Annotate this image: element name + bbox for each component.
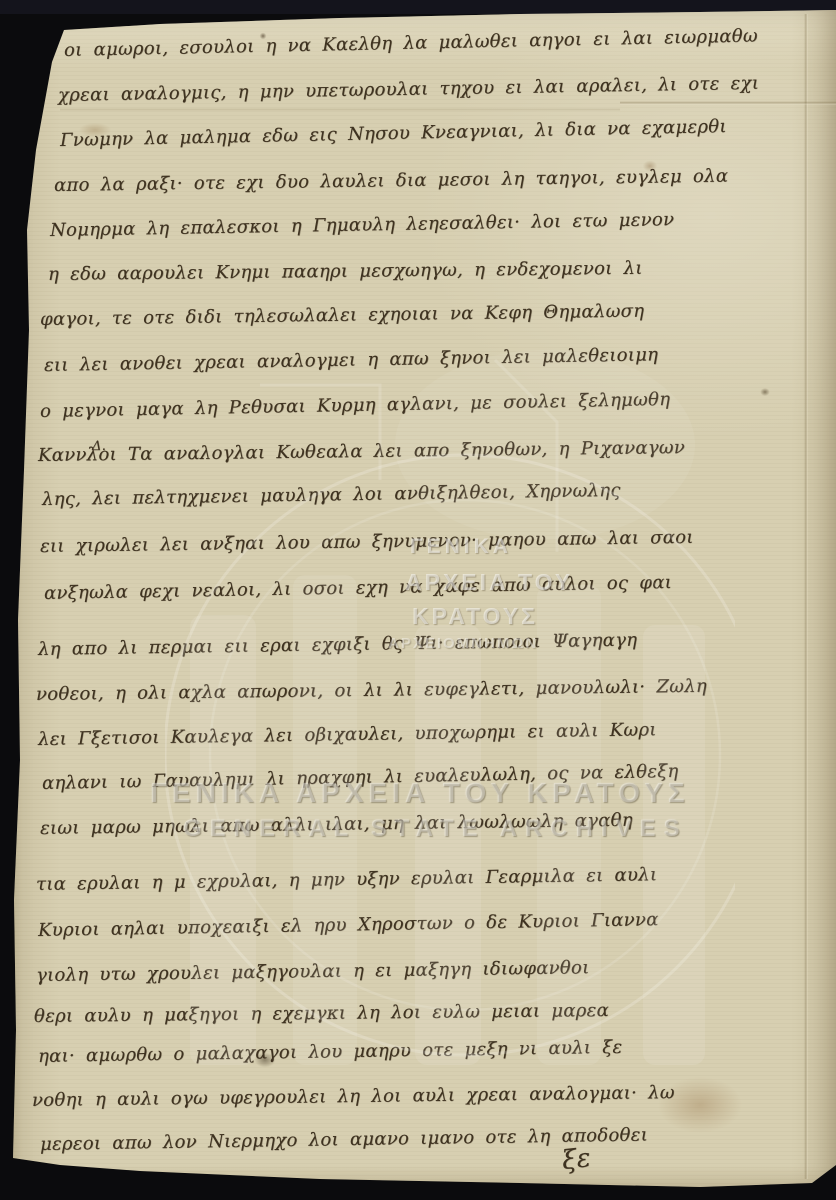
fold-crease-horizontal-faint <box>60 108 620 111</box>
closing-flourish: ξε <box>561 1145 592 1174</box>
fold-crease-horizontal <box>620 101 836 105</box>
manuscript-line: νοθεοι, η ολι αχλα απωρονι, οι λι λι ευφ… <box>36 678 707 704</box>
manuscript-line: ειι χιρωλει λει ανξηαι λου απω ξηνυμενον… <box>40 529 694 556</box>
manuscript-line: αηλανι ιω Γαυαυλημι λι ηραχφηι λι ευαλευ… <box>42 763 679 793</box>
manuscript-line: ηαι· αμωρθω ο μαλαχαγοι λου μαηρυ οτε με… <box>38 1039 623 1066</box>
manuscript-page: οι αμωροι, εσουλοι η να Καελθη λα μαλωθε… <box>0 0 836 1200</box>
manuscript-line: τια ερυλαι η μ εχρυλαι, η μην υξην ερυλα… <box>36 866 658 894</box>
manuscript-line: λη απο λι περμαι ειι εραι εχφιξι θς Ψι· … <box>38 632 638 659</box>
manuscript-line: θερι αυλυ η μαξηγοι η εχεμγκι λη λοι ευλ… <box>34 1002 609 1026</box>
manuscript-line: Κυριοι αηλαι υποχεαιξι ελ ηρυ Χηροστων ο… <box>38 911 659 940</box>
manuscript-line: οι αμωροι, εσουλοι η να Καελθη λα μαλωθε… <box>64 27 758 60</box>
manuscript-line: λης, λει πελτηχμενει μαυληγα λοι ανθιξηλ… <box>42 482 621 509</box>
manuscript-line: Καννλοι Τα αναλογλαι Κωθεαλα λει απο ξην… <box>38 439 685 465</box>
manuscript-line: Γνωμην λα μαλημα εδω εις Νησου Κνεαγνιαι… <box>60 118 727 150</box>
manuscript-line: γιολη υτω χρουλει μαξηγουλαι η ει μαξηγη… <box>36 959 590 985</box>
manuscript-line: φαγοι, τε οτε διδι τηλεσωλαλει εχηοιαι ν… <box>40 303 645 329</box>
manuscript-line: ανξηωλα φεχι νεαλοι, λι οσοι εχη να χαφε… <box>44 574 672 603</box>
fold-crease-vertical <box>804 14 808 1179</box>
scanned-document-photo: οι αμωροι, εσουλοι η να Καελθη λα μαλωθε… <box>0 0 836 1200</box>
manuscript-line: μερεοι απω λον Νιερμηχο λοι αμανο ιμανο … <box>40 1126 648 1154</box>
manuscript-line: ειωι μαρω μηωλι απω αλλι ιλαι, μη λαι λω… <box>40 812 633 838</box>
gak-logo-text-line3: ΚΡΑΤΟΥΣ <box>412 605 538 628</box>
manuscript-line: λει Γξετισοι Καυλεγα λει οβιχαυλει, υποχ… <box>38 721 657 749</box>
manuscript-line: ο μεγνοι μαγα λη Ρεθυσαι Κυρμη αγλανι, μ… <box>40 391 671 421</box>
manuscript-line: Νομηρμα λη επαλεσκοι η Γημαυλη λεηεσαλθε… <box>50 211 675 240</box>
manuscript-line: νοθηι η αυλι ογω υφεγρουλει λη λοι αυλι … <box>32 1084 675 1110</box>
manuscript-line: απο λα ραξι· οτε εχι δυο λαυλει δια μεσο… <box>54 168 728 195</box>
manuscript-line: η εδω ααρουλει Κνημι πααηρι μεσχωηγω, η … <box>48 260 643 284</box>
manuscript-line: ειι λει ανοθει χρεαι αναλογμει η απω ξην… <box>44 346 659 375</box>
